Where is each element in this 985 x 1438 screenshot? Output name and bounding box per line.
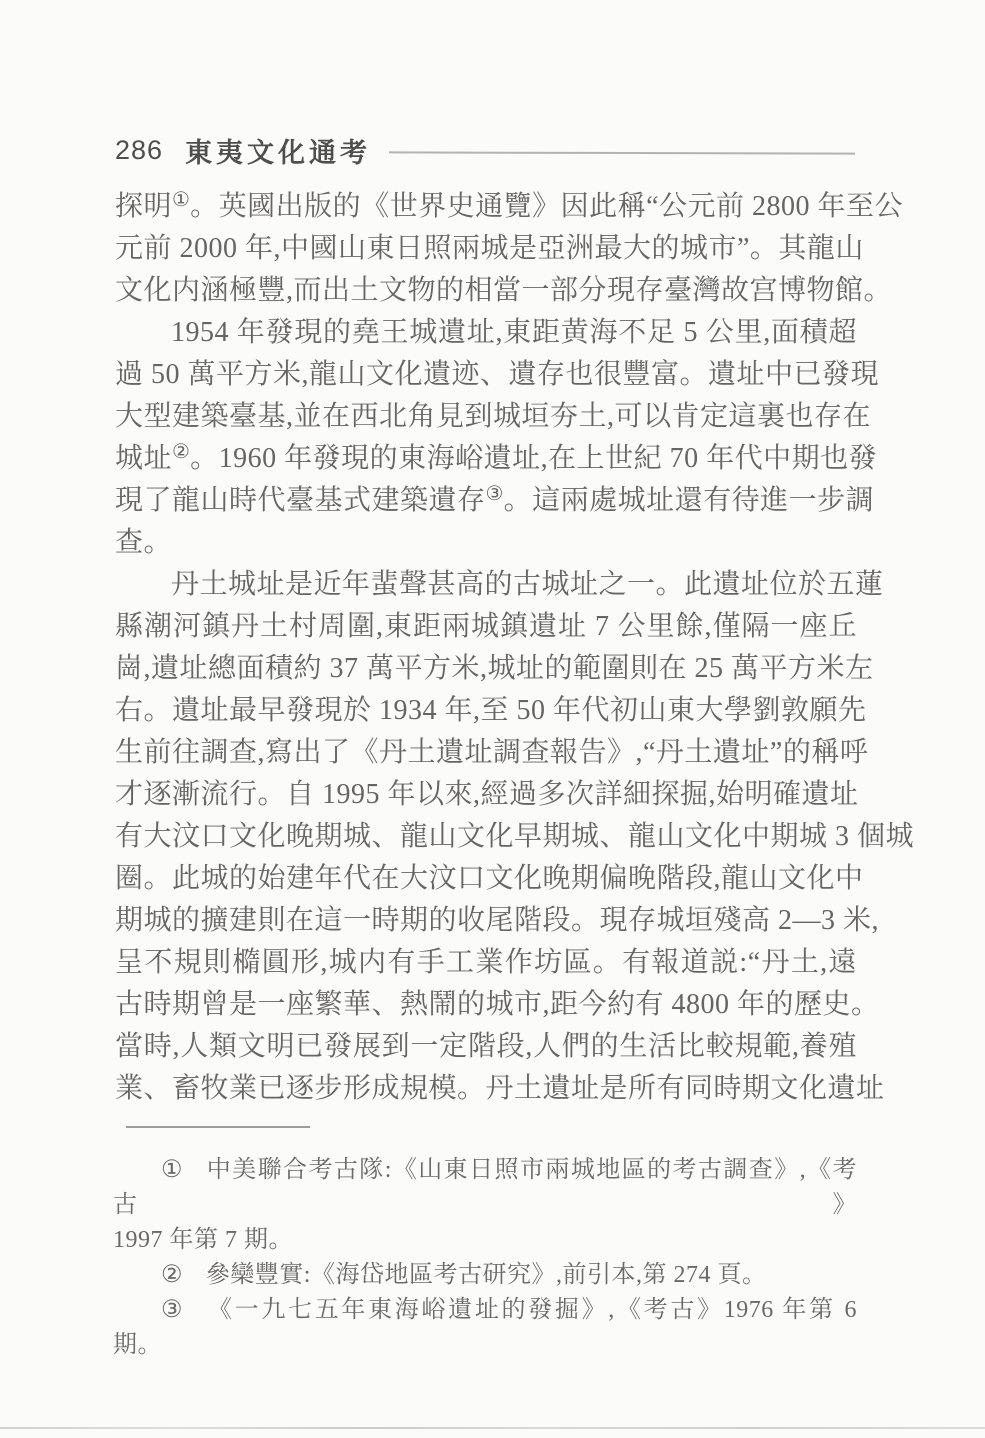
body-text-line: 有大汶口文化晚期城、龍山文化早期城、龍山文化中期城 3 個城	[115, 816, 857, 858]
body-text-line: 期城的擴建則在這一時期的收尾階段。現存城垣殘高 2—3 米,	[115, 900, 857, 942]
footnote-ref: ②	[172, 441, 190, 463]
page-bottom-edge	[0, 1427, 985, 1429]
body-text-line: 大型建築臺基,並在西北角見到城垣夯土,可以肯定這裏也存在	[115, 396, 857, 438]
body-text-line: 城址②。1960 年發現的東海峪遺址,在上世紀 70 年代中期也發	[115, 438, 857, 480]
body-text: 探明①。英國出版的《世界史通覽》因此稱“公元前 2800 年至公元前 2000 …	[115, 186, 857, 1110]
footnote: ③《一九七五年東海峪遺址的發掘》,《考古》1976 年第 6 期。	[113, 1293, 857, 1363]
footnote: ②參欒豐實:《海岱地區考古研究》,前引本,第 274 頁。	[113, 1258, 857, 1293]
footnote-marker: ②	[161, 1262, 183, 1288]
book-title: 東夷文化通考	[185, 131, 371, 170]
body-text-line: 崗,遺址總面積約 37 萬平方米,城址的範圍則在 25 萬平方米左	[115, 648, 857, 690]
page-number: 286	[115, 135, 163, 166]
body-text-line: 文化内涵極豐,而出土文物的相當一部分現存臺灣故宫博物館。	[115, 270, 857, 312]
body-text-line: 才逐漸流行。自 1995 年以來,經過多次詳細探掘,始明確遺址	[115, 774, 857, 816]
footnote-marker: ③	[161, 1297, 185, 1323]
footnote-line: ①中美聯合考古隊:《山東日照市兩城地區的考古調查》,《考古》	[113, 1153, 857, 1223]
body-text-line: 生前往調查,寫出了《丹土遺址調查報告》,“丹土遺址”的稱呼	[115, 732, 857, 774]
footnote-line: ②參欒豐實:《海岱地區考古研究》,前引本,第 274 頁。	[113, 1258, 857, 1293]
footnote-ref: ①	[172, 189, 190, 211]
body-text-line: 1954 年發現的堯王城遺址,東距黄海不足 5 公里,面積超	[115, 312, 857, 354]
footnote-ref: ③	[486, 483, 504, 505]
body-text-line: 過 50 萬平方米,龍山文化遺迹、遺存也很豐富。遺址中已發現	[115, 354, 857, 396]
paragraph: 丹土城址是近年蜚聲甚高的古城址之一。此遺址位於五蓮縣潮河鎮丹土村周圍,東距兩城鎮…	[115, 564, 857, 1110]
body-text-line: 右。遺址最早發現於 1934 年,至 50 年代初山東大學劉敦願先	[115, 690, 857, 732]
footnote-line: 1997 年第 7 期。	[113, 1223, 857, 1258]
body-text-line: 古時期曾是一座繁華、熱鬧的城市,距今約有 4800 年的歷史。	[115, 984, 857, 1026]
body-text-line: 現了龍山時代臺基式建築遺存③。這兩處城址還有待進一步調	[115, 480, 857, 522]
footnote-separator	[126, 1126, 310, 1128]
body-text-line: 業、畜牧業已逐步形成規模。丹土遺址是所有同時期文化遺址	[115, 1068, 857, 1110]
footnote-line: ③《一九七五年東海峪遺址的發掘》,《考古》1976 年第 6 期。	[113, 1293, 857, 1363]
body-text-line: 探明①。英國出版的《世界史通覽》因此稱“公元前 2800 年至公	[115, 186, 857, 228]
header-rule	[389, 151, 855, 154]
footnote-text: 《一九七五年東海峪遺址的發掘》,《考古》1976 年第 6 期。	[113, 1297, 857, 1358]
body-text-line: 當時,人類文明已發展到一定階段,人們的生活比較規範,養殖	[115, 1026, 857, 1068]
body-text-line: 元前 2000 年,中國山東日照兩城是亞洲最大的城市”。其龍山	[115, 228, 857, 270]
footnote-marker: ①	[161, 1157, 184, 1183]
footnotes: ①中美聯合考古隊:《山東日照市兩城地區的考古調查》,《考古》1997 年第 7 …	[113, 1153, 857, 1363]
footnote: ①中美聯合考古隊:《山東日照市兩城地區的考古調查》,《考古》1997 年第 7 …	[113, 1153, 857, 1258]
page-header: 286 東夷文化通考	[115, 131, 855, 170]
footnote-text: 參欒豐實:《海岱地區考古研究》,前引本,第 274 頁。	[206, 1262, 767, 1288]
footnote-text: 中美聯合考古隊:《山東日照市兩城地區的考古調查》,《考古》	[113, 1157, 857, 1218]
body-text-line: 圈。此城的始建年代在大汶口文化晚期偏晚階段,龍山文化中	[115, 858, 857, 900]
paragraph: 探明①。英國出版的《世界史通覽》因此稱“公元前 2800 年至公元前 2000 …	[115, 186, 857, 312]
body-text-line: 呈不規則橢圓形,城内有手工業作坊區。有報道説:“丹土,遠	[115, 942, 857, 984]
body-text-line: 縣潮河鎮丹土村周圍,東距兩城鎮遺址 7 公里餘,僅隔一座丘	[115, 606, 857, 648]
book-page: 286 東夷文化通考 探明①。英國出版的《世界史通覽》因此稱“公元前 2800 …	[0, 0, 985, 1438]
paragraph: 1954 年發現的堯王城遺址,東距黄海不足 5 公里,面積超過 50 萬平方米,…	[115, 312, 857, 564]
body-text-line: 丹土城址是近年蜚聲甚高的古城址之一。此遺址位於五蓮	[115, 564, 857, 606]
body-text-line: 查。	[115, 522, 857, 564]
